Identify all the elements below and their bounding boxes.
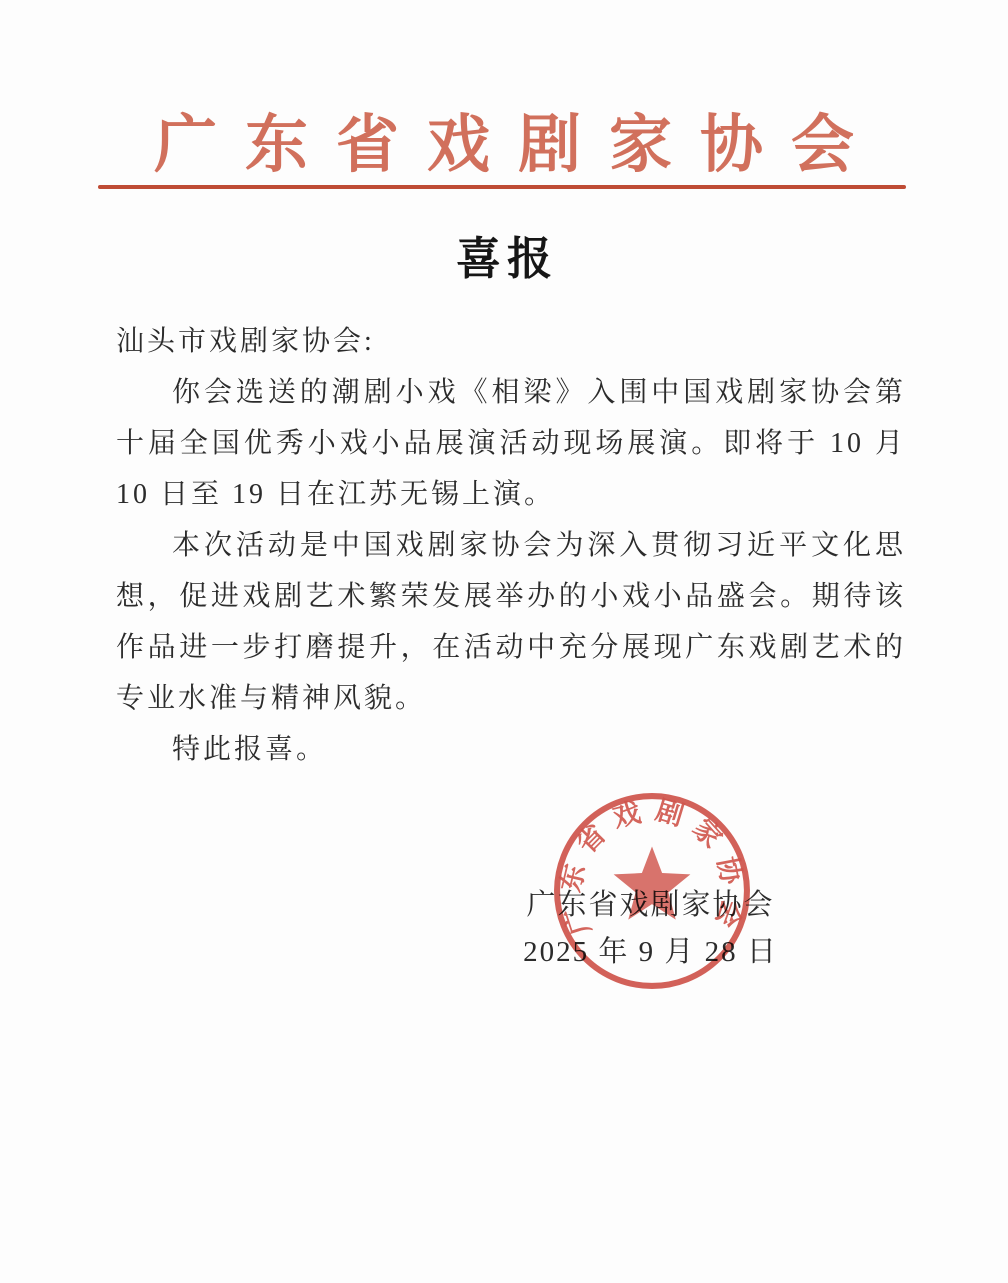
signature-block: 广东省戏剧家协会 2025 年 9 月 28 日 (468, 882, 833, 976)
letterhead-divider (98, 185, 906, 189)
letter-page: 广东省戏剧家协会 喜报 汕头市戏剧家协会: 你会选送的潮剧小戏《相梁》入围中国戏… (0, 0, 1008, 1283)
letter-body: 汕头市戏剧家协会: 你会选送的潮剧小戏《相梁》入围中国戏剧家协会第十届全国优秀小… (116, 316, 906, 775)
closing-line: 特此报喜。 (116, 724, 906, 775)
paragraph-2: 本次活动是中国戏剧家协会为深入贯彻习近平文化思想，促进戏剧艺术繁荣发展举办的小戏… (116, 520, 906, 724)
signature-org: 广东省戏剧家协会 (468, 882, 833, 929)
document-title: 喜报 (0, 222, 1008, 287)
salutation: 汕头市戏剧家协会: (116, 316, 906, 367)
letterhead-org-name: 广东省戏剧家协会 (0, 94, 1008, 185)
signature-date: 2025 年 9 月 28 日 (468, 929, 833, 976)
paragraph-1: 你会选送的潮剧小戏《相梁》入围中国戏剧家协会第十届全国优秀小戏小品展演活动现场展… (116, 367, 906, 520)
